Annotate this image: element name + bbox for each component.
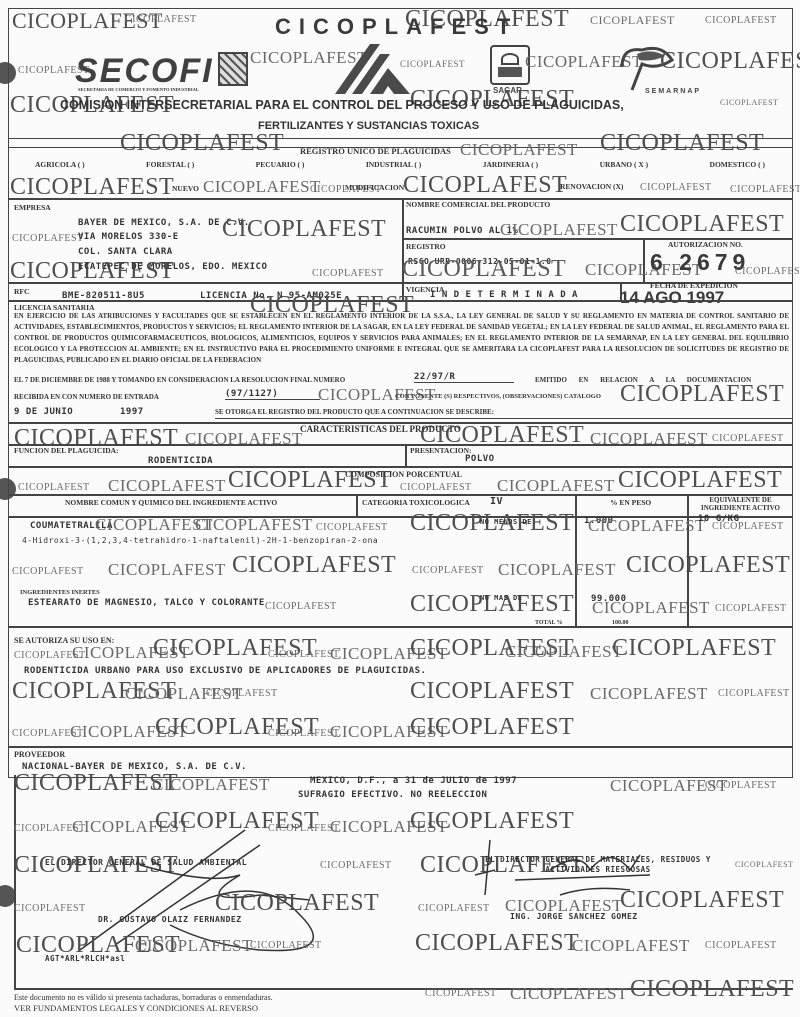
commission-title: COMISION INTERSECRETARIAL PARA EL CONTRO… — [60, 98, 624, 112]
use-jardineria[interactable]: JARDINERIA ( ) — [483, 160, 538, 169]
watermark: CICOPLAFEST — [618, 467, 782, 494]
use-urbano[interactable]: URBANO ( X ) — [600, 160, 649, 169]
motto: SUFRAGIO EFECTIVO. NO REELECCION — [298, 790, 487, 800]
underline — [215, 418, 793, 419]
expedicion-date: 14 AGO 1997 — [620, 288, 724, 308]
place-date: MEXICO, D.F., a 31 de JULIO de 1997 — [310, 776, 517, 786]
watermark: CICOPLAFEST — [232, 552, 396, 579]
watermark: CICOPLAFEST — [250, 940, 322, 951]
activo-contenido: NO MENOS DE — [480, 518, 532, 526]
use-domestico[interactable]: DOMESTICO ( ) — [710, 160, 765, 169]
watermark: CICOPLAFEST — [12, 233, 84, 244]
empresa-city: ECATEPEC DE MORELOS, EDO. MEXICO — [78, 262, 267, 272]
watermark: CICOPLAFEST — [400, 59, 465, 69]
inertes-contenido: NO MAS DE — [480, 594, 522, 602]
watermark: CICOPLAFEST — [206, 688, 278, 699]
footer-validity-note: Este documento no es válido si presenta … — [14, 993, 273, 1002]
type-renovacion[interactable]: RENOVACION (X) — [560, 182, 623, 191]
use-industrial[interactable]: INDUSTRIAL ( ) — [366, 160, 421, 169]
divider — [8, 746, 793, 748]
inertes-nombre: ESTEARATO DE MAGNESIO, TALCO Y COLORANTE — [28, 598, 265, 608]
type-nuevo[interactable]: NUEVO — [172, 184, 199, 193]
resolucion-prefix: EL 7 DE DICIEMBRE DE 1988 Y TOMANDO EN C… — [14, 376, 345, 384]
watermark: CICOPLAFEST — [425, 988, 497, 999]
watermark: CICOPLAFEST — [498, 560, 616, 580]
watermark: CICOPLAFEST — [620, 381, 784, 408]
watermark: CICOPLAFEST — [705, 780, 777, 791]
registro-num-label: REGISTRO — [406, 242, 446, 251]
watermark: CICOPLAFEST — [403, 172, 567, 199]
watermark: CICOPLAFEST — [195, 515, 313, 535]
commission-subtitle: FERTILIZANTES Y SUSTANCIAS TOXICAS — [258, 120, 479, 132]
watermark: CICOPLAFEST — [500, 220, 618, 240]
watermark: CICOPLAFEST — [125, 14, 197, 25]
watermark: CICOPLAFEST — [630, 976, 794, 1003]
type-modificacion[interactable]: MODIFICACION — [345, 183, 404, 192]
watermark: CICOPLAFEST — [203, 177, 321, 197]
col-nombre-header: NOMBRE COMUN Y QUIMICO DEL INGREDIENTE A… — [65, 498, 277, 507]
watermark: CICOPLAFEST — [412, 565, 484, 576]
watermark: CICOPLAFEST — [402, 256, 566, 283]
divider — [356, 494, 358, 516]
uso-value: RODENTICIDA URBANO PARA USO EXCLUSIVO DE… — [24, 666, 426, 676]
watermark: CICOPLAFEST — [14, 903, 86, 914]
secofi-logo: SECOFI — [75, 52, 214, 91]
presentacion-label: PRESENTACION: — [410, 446, 472, 455]
watermark: CICOPLAFEST — [730, 184, 800, 195]
watermark: CICOPLAFEST — [312, 268, 384, 279]
activo-quimico: 4-Hidroxi-3-(1,2,3,4-tetrahidro-1-naftal… — [22, 536, 378, 545]
inertes-label: INGREDIENTES INERTES — [20, 589, 100, 596]
watermark: CICOPLAFEST — [460, 140, 578, 160]
proveedor-label: PROVEEDOR — [14, 750, 65, 759]
watermark: CICOPLAFEST — [400, 482, 472, 493]
watermark: CICOPLAFEST — [600, 130, 764, 157]
ponente-label: CON PONENTE (S) RESPECTIVOS, (OBSERVACIO… — [395, 393, 601, 400]
mexico-shield-icon — [218, 52, 248, 86]
legal-basis-text: EN EJERCICIO DE LAS ATRIBUCIONES Y FACUL… — [14, 311, 789, 366]
watermark: CICOPLAFEST — [268, 728, 340, 739]
ssa-logo-icon — [330, 42, 415, 97]
divider — [8, 444, 793, 446]
divider — [8, 494, 793, 496]
watermark: CICOPLAFEST — [120, 130, 284, 157]
vigencia-value: I N D E T E R M I N A D A — [430, 290, 578, 300]
watermark: CICOPLAFEST — [590, 13, 675, 28]
watermark: CICOPLAFEST — [705, 15, 777, 26]
caracteristicas-title: CARACTERISTICAS DEL PRODUCTO — [300, 424, 461, 434]
use-pecuario[interactable]: PECUARIO ( ) — [256, 160, 305, 169]
entrada-numero: (97/1127) — [225, 389, 320, 400]
watermark: CICOPLAFEST — [640, 182, 712, 193]
empresa-label: EMPRESA — [14, 203, 51, 212]
watermark: CICOPLAFEST — [268, 649, 340, 660]
registro-title: REGISTRO UNICO DE PLAGUICIDAS — [300, 146, 451, 156]
watermark: CICOPLAFEST — [410, 714, 574, 741]
header-banner: CICOPLAFEST — [275, 14, 518, 40]
watermark: CICOPLAFEST — [10, 174, 174, 201]
watermark: CICOPLAFEST — [316, 522, 388, 533]
watermark: CICOPLAFEST — [572, 936, 690, 956]
watermark: CICOPLAFEST — [612, 635, 776, 662]
use-agricola[interactable]: AGRICOLA ( ) — [35, 160, 85, 169]
empresa-colonia: COL. SANTA CLARA — [78, 247, 173, 257]
watermark: CICOPLAFEST — [222, 216, 386, 243]
watermark: CICOPLAFEST — [215, 890, 379, 917]
categoria-value: IV — [490, 496, 503, 507]
watermark: CICOPLAFEST — [410, 678, 574, 705]
producto-label: NOMBRE COMERCIAL DEL PRODUCTO — [406, 200, 550, 209]
watermark: CICOPLAFEST — [18, 482, 90, 493]
watermark: CICOPLAFEST — [592, 598, 710, 618]
watermark: CICOPLAFEST — [510, 984, 628, 1004]
rfc-label: RFC — [14, 287, 29, 296]
autorizacion-label: AUTORIZACION No. — [668, 240, 743, 249]
funcion-value: RODENTICIDA — [148, 456, 213, 466]
semarnap-caption: SEMARNAP — [645, 88, 701, 95]
use-forestal[interactable]: FORESTAL ( ) — [146, 160, 194, 169]
watermark: CICOPLAFEST — [588, 516, 706, 536]
presentacion-value: POLVO — [465, 454, 495, 464]
watermark: CICOPLAFEST — [718, 688, 790, 699]
watermark: CICOPLAFEST — [497, 476, 615, 496]
watermark: CICOPLAFEST — [712, 433, 784, 444]
watermark: CICOPLAFEST — [720, 98, 778, 107]
watermark: CICOPLAFEST — [265, 601, 337, 612]
watermark: CICOPLAFEST — [660, 48, 800, 75]
watermark: CICOPLAFEST — [415, 930, 579, 957]
otorga-text: SE OTORGA EL REGISTRO DEL PRODUCTO QUE A… — [215, 408, 494, 416]
watermark: CICOPLAFEST — [735, 860, 793, 869]
watermark: CICOPLAFEST — [135, 936, 253, 956]
watermark: CICOPLAFEST — [152, 775, 270, 795]
watermark: CICOPLAFEST — [185, 429, 303, 449]
resolucion-numero: 22/97/R — [414, 372, 514, 383]
divider — [8, 626, 793, 628]
watermark: CICOPLAFEST — [418, 903, 490, 914]
composicion-title: COMPOSICION PORCENTUAL — [345, 470, 462, 479]
divider — [405, 444, 407, 466]
use-category-row: AGRICOLA ( ) FORESTAL ( ) PECUARIO ( ) I… — [35, 160, 765, 169]
watermark: CICOPLAFEST — [108, 476, 226, 496]
watermark: CICOPLAFEST — [712, 521, 784, 532]
watermark: CICOPLAFEST — [626, 552, 790, 579]
divider — [8, 198, 793, 200]
initials: AGT*ARL*RLCH*asl — [45, 954, 125, 963]
watermark: CICOPLAFEST — [108, 560, 226, 580]
recibida-label: RECIBIDA EN CON NUMERO DE ENTRADA — [14, 393, 159, 401]
firma-2-nombre: ING. JORGE SANCHEZ GOMEZ — [510, 912, 638, 921]
footer-reverse-note: VER FUNDAMENTOS LEGALES Y CONDICIONES AL… — [14, 1003, 258, 1013]
resolucion-fecha: 9 DE JUNIO — [14, 407, 73, 417]
firma-1-nombre: DR. GUSTAVO OLAIZ FERNANDEZ — [98, 915, 242, 924]
watermark: CICOPLAFEST — [590, 684, 708, 704]
watermark: CICOPLAFEST — [505, 642, 623, 662]
watermark: CICOPLAFEST — [590, 429, 708, 449]
empresa-street: VIA MORELOS 330-E — [78, 232, 179, 242]
watermark: CICOPLAFEST — [735, 266, 800, 277]
watermark: CICOPLAFEST — [12, 566, 84, 577]
watermark: CICOPLAFEST — [705, 940, 777, 951]
watermark: CICOPLAFEST — [620, 887, 784, 914]
watermark: CICOPLAFEST — [620, 211, 784, 238]
resolucion-anio: 1997 — [120, 407, 144, 417]
funcion-label: FUNCION DEL PLAGUICIDA: — [14, 446, 119, 455]
sagar-logo-icon — [490, 45, 530, 85]
col-equivalente-header: EQUIVALENTE DE INGREDIENTE ACTIVO — [693, 496, 788, 512]
watermark: CICOPLAFEST — [715, 603, 787, 614]
col-peso-header: % EN PESO — [610, 498, 651, 507]
divider — [402, 198, 404, 300]
watermark: CICOPLAFEST — [410, 808, 574, 835]
col-categoria-header: CATEGORIA TOXICOLOGICA — [362, 498, 470, 507]
